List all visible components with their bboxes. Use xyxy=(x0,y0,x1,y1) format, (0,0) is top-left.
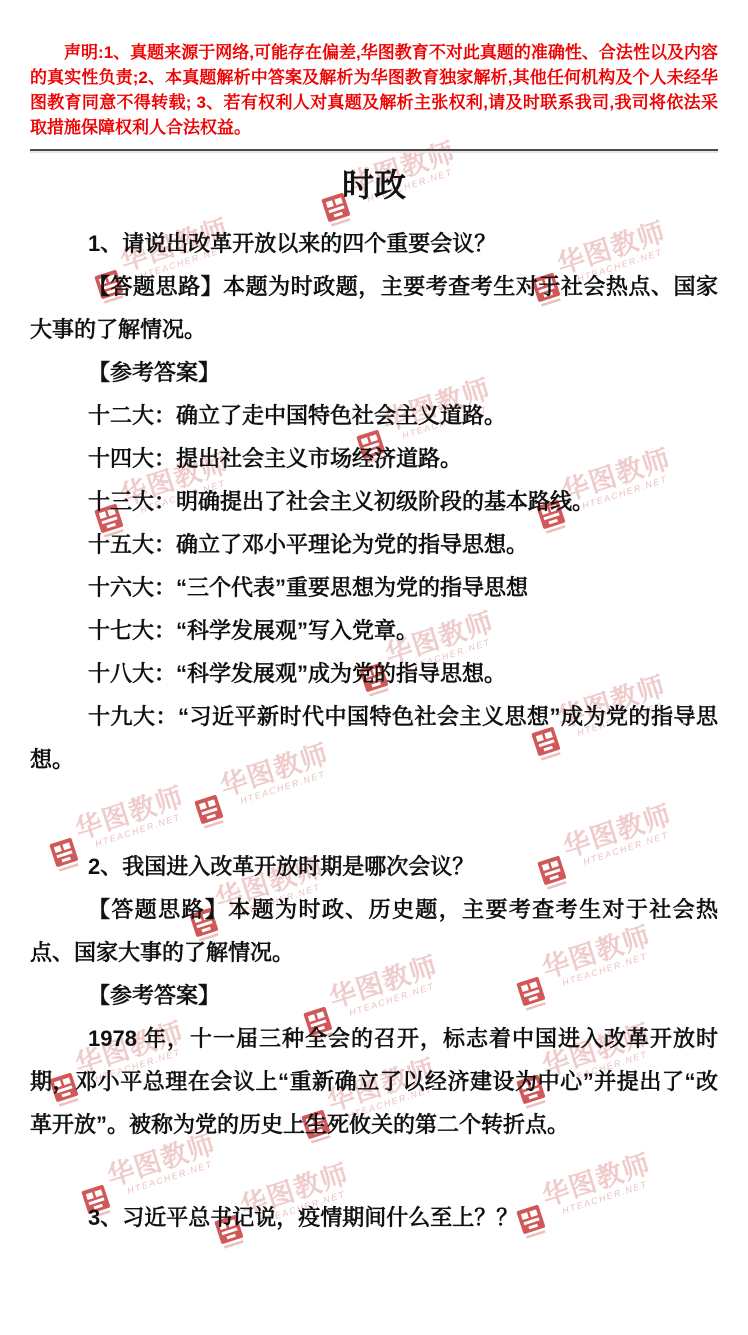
question-text: 1、请说出改革开放以来的四个重要会议？ xyxy=(30,222,718,265)
answer-paragraph: 【参考答案】 xyxy=(30,974,718,1017)
answer-paragraph: 【答题思路】本题为时政题，主要考查考生对于社会热点、国家大事的了解情况。 xyxy=(30,265,718,351)
question-section: 3、习近平总书记说，疫情期间什么至上？？ xyxy=(30,1196,718,1239)
answer-paragraph: 十三大：明确提出了社会主义初级阶段的基本路线。 xyxy=(30,480,718,523)
disclaimer-text: 声明:1、真题来源于网络,可能存在偏差,华图教育不对此真题的准确性、合法性以及内… xyxy=(30,40,718,140)
page-title: 时政 xyxy=(30,164,718,206)
answer-paragraph: 十四大：提出社会主义市场经济道路。 xyxy=(30,437,718,480)
answer-paragraph: 1978 年，十一届三种全会的召开，标志着中国进入改革开放时期，邓小平总理在会议… xyxy=(30,1017,718,1146)
document-content: 声明:1、真题来源于网络,可能存在偏差,华图教育不对此真题的准确性、合法性以及内… xyxy=(0,0,748,1239)
question-text: 3、习近平总书记说，疫情期间什么至上？？ xyxy=(30,1196,718,1239)
answer-paragraph: 十八大：“科学发展观”成为党的指导思想。 xyxy=(30,652,718,695)
disclaimer-body: 1、真题来源于网络,可能存在偏差,华图教育不对此真题的准确性、合法性以及内容的真… xyxy=(30,43,718,137)
question-section: 2、我国进入改革开放时期是哪次会议？【答题思路】本题为时政、历史题，主要考查考生… xyxy=(30,845,718,1146)
answer-paragraph: 【答题思路】本题为时政、历史题，主要考查考生对于社会热点、国家大事的了解情况。 xyxy=(30,888,718,974)
answer-paragraph: 十二大：确立了走中国特色社会主义道路。 xyxy=(30,394,718,437)
answer-paragraph: 十九大：“习近平新时代中国特色社会主义思想”成为党的指导思想。 xyxy=(30,695,718,781)
disclaimer-prefix: 声明: xyxy=(64,43,104,62)
document-body: 1、请说出改革开放以来的四个重要会议？【答题思路】本题为时政题，主要考查考生对于… xyxy=(30,222,718,1239)
question-section: 1、请说出改革开放以来的四个重要会议？【答题思路】本题为时政题，主要考查考生对于… xyxy=(30,222,718,781)
answer-paragraph: 十七大：“科学发展观”写入党章。 xyxy=(30,609,718,652)
answer-paragraph: 十六大：“三个代表”重要思想为党的指导思想 xyxy=(30,566,718,609)
divider xyxy=(30,149,718,153)
answer-paragraph: 【参考答案】 xyxy=(30,351,718,394)
document-page: 华图教师HTEACHER.NET华图教师HTEACHER.NET华图教师HTEA… xyxy=(0,0,748,1335)
question-text: 2、我国进入改革开放时期是哪次会议？ xyxy=(30,845,718,888)
answer-paragraph: 十五大：确立了邓小平理论为党的指导思想。 xyxy=(30,523,718,566)
